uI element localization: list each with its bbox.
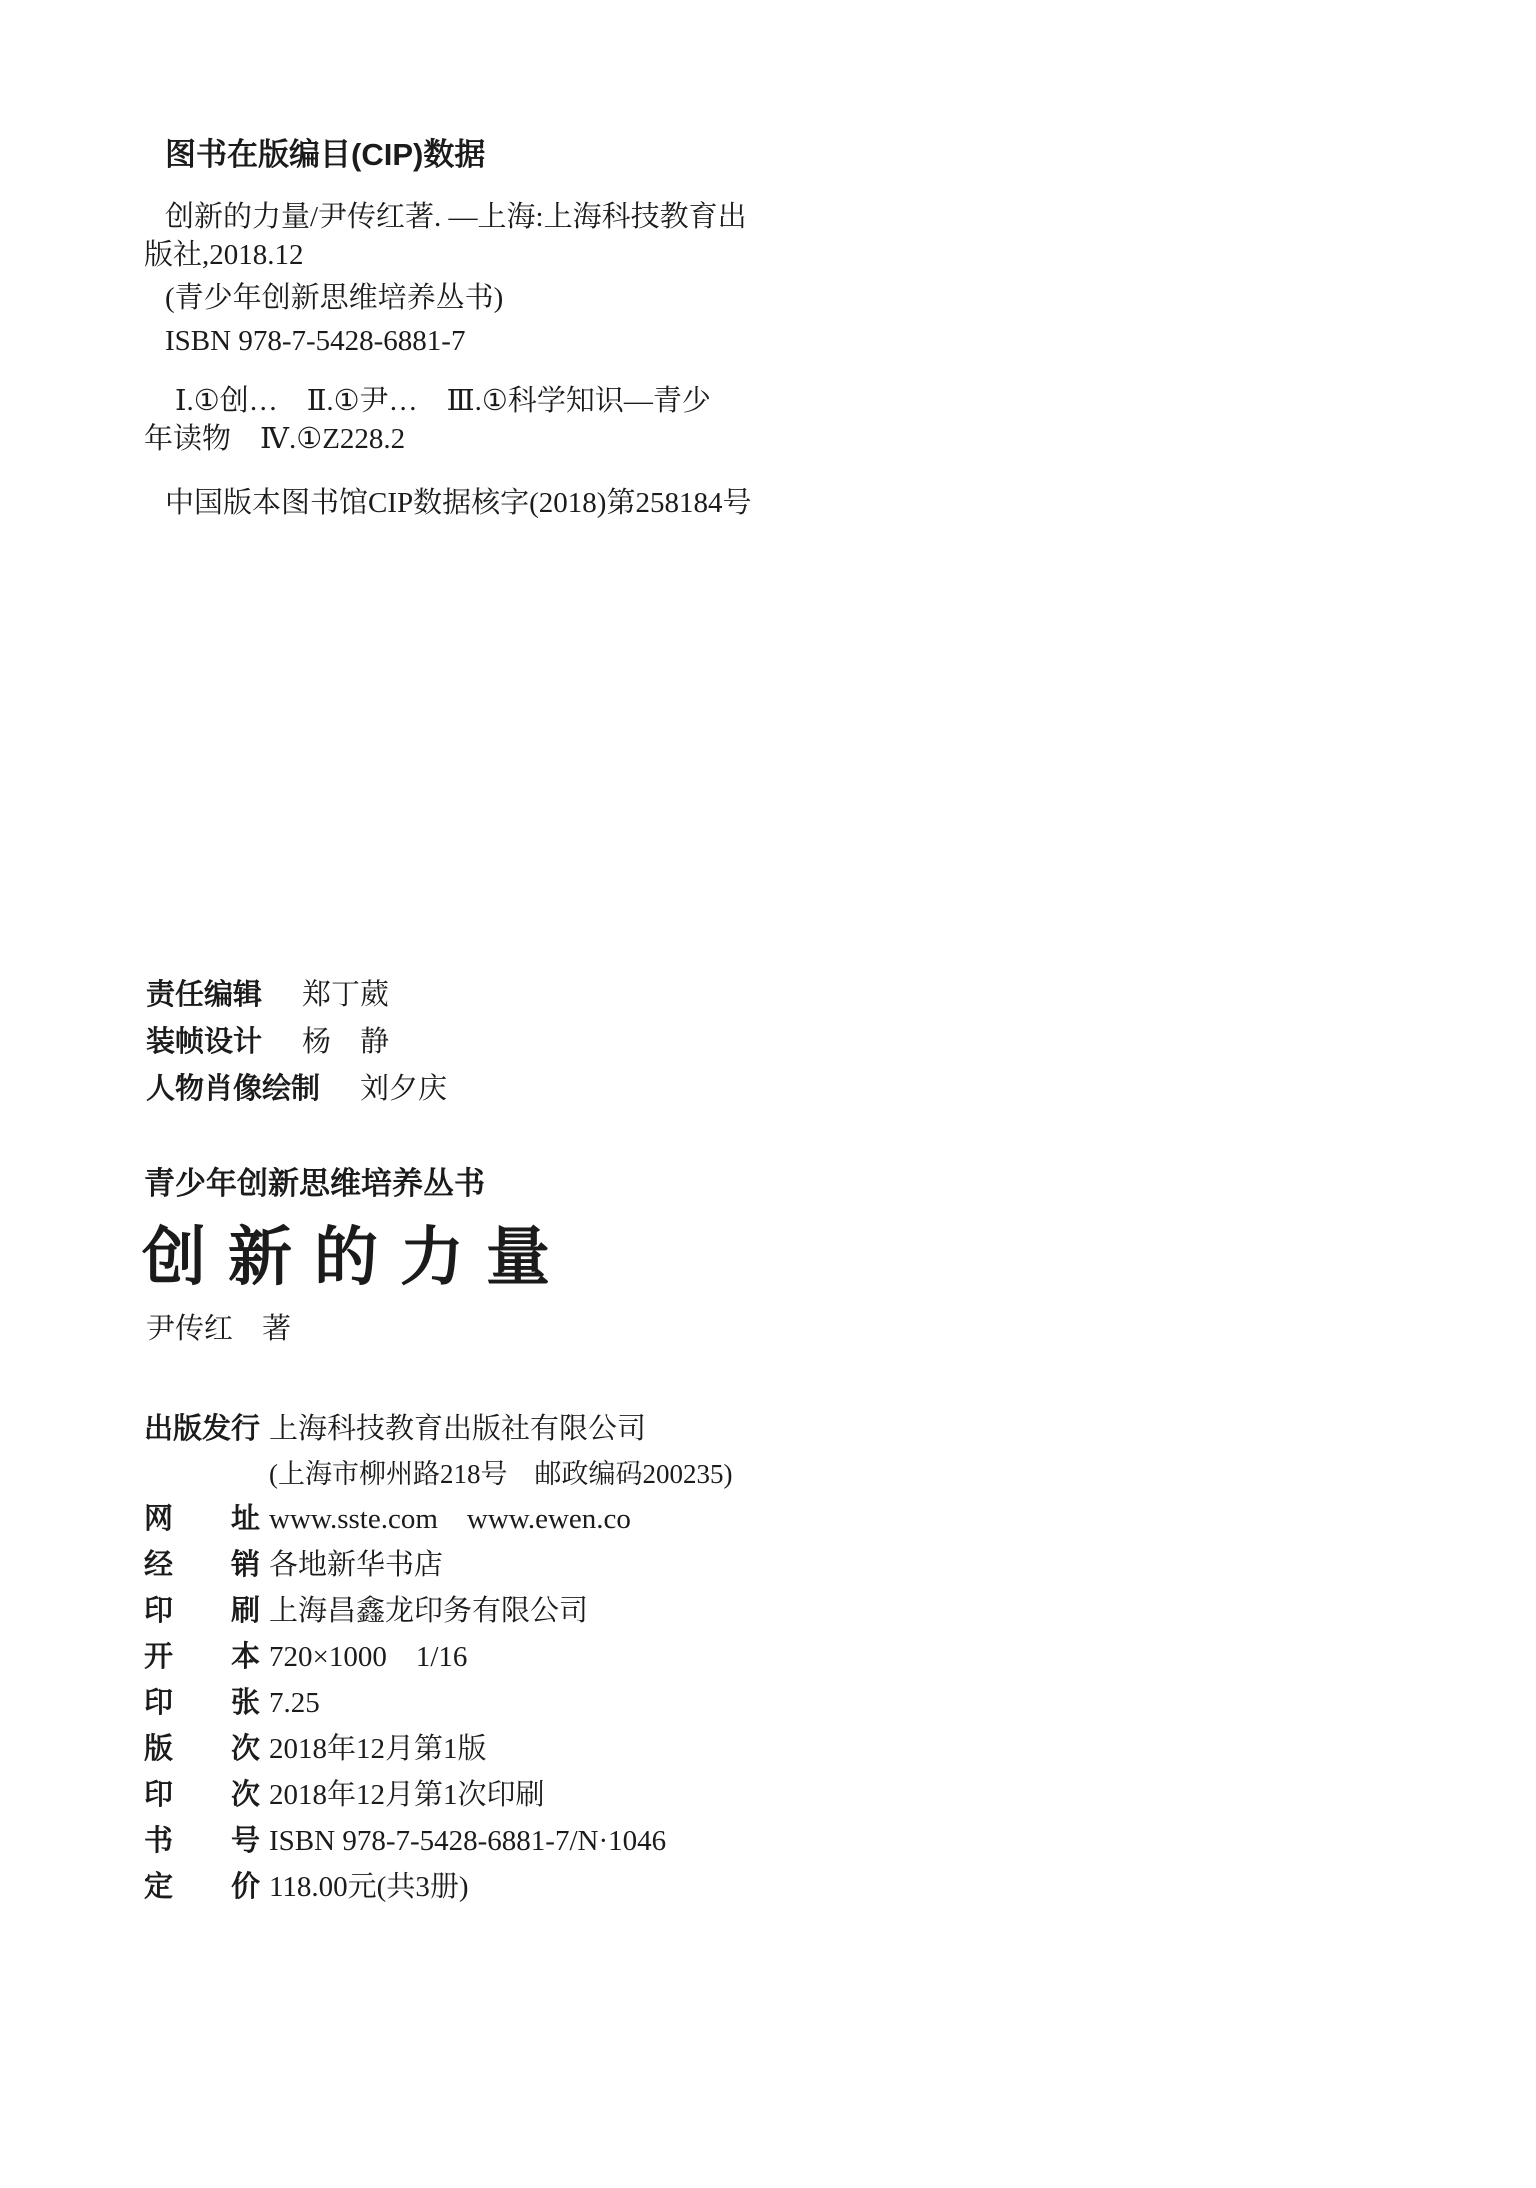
pub-label-edition: 版 次 bbox=[144, 1726, 256, 1767]
cip-entry-line2: 版社,2018.12 bbox=[144, 236, 764, 274]
cip-series-note: (青少年创新思维培养丛书) bbox=[144, 279, 764, 317]
cip-classification-line1: Ⅰ.①创… Ⅱ.①尹… Ⅲ.①科学知识—青少 bbox=[144, 382, 764, 420]
credit-name-editor: 郑丁葳 bbox=[302, 972, 389, 1019]
pub-row-price: 定 价 118.00元(共3册) bbox=[144, 1864, 732, 1910]
pub-value-sheets: 7.25 bbox=[269, 1687, 320, 1720]
series-title: 青少年创新思维培养丛书 bbox=[144, 1158, 485, 1203]
cip-isbn: ISBN 978-7-5428-6881-7 bbox=[144, 322, 764, 360]
credit-label-designer: 装帧设计 bbox=[146, 1019, 262, 1066]
cip-record-number: 中国版本图书馆CIP数据核字(2018)第258184号 bbox=[144, 484, 764, 522]
pub-label-sheets: 印 张 bbox=[144, 1680, 256, 1721]
pub-row-impression: 印 次 2018年12月第1次印刷 bbox=[144, 1772, 732, 1818]
publisher-address: (上海市柳州路218号 邮政编码200235) bbox=[269, 1452, 732, 1496]
credit-label-editor: 责任编辑 bbox=[146, 972, 262, 1019]
pub-label-printer: 印 刷 bbox=[144, 1588, 256, 1629]
credit-label-portrait-artist: 人物肖像绘制 bbox=[146, 1066, 320, 1113]
pub-value-distributor: 各地新华书店 bbox=[269, 1542, 443, 1583]
cip-classification-line2: 年读物 Ⅳ.①Z228.2 bbox=[144, 420, 764, 458]
pub-value-website: www.sste.com www.ewen.co bbox=[269, 1496, 631, 1537]
pub-label-price: 定 价 bbox=[144, 1864, 256, 1905]
pub-row-format: 开 本 720×1000 1/16 bbox=[144, 1634, 732, 1680]
pub-row-edition: 版 次 2018年12月第1版 bbox=[144, 1726, 732, 1772]
pub-value-book-number: ISBN 978-7-5428-6881-7/N·1046 bbox=[269, 1825, 666, 1858]
copyright-page: 图书在版编目(CIP)数据 创新的力量/尹传红著. —上海:上海科技教育出 版社… bbox=[0, 0, 1536, 2188]
pub-label-book-number: 书 号 bbox=[144, 1818, 256, 1859]
pub-value-edition: 2018年12月第1版 bbox=[269, 1726, 487, 1767]
pub-row-sheets: 印 张 7.25 bbox=[144, 1680, 732, 1726]
pub-row-printer: 印 刷 上海昌鑫龙印务有限公司 bbox=[144, 1588, 732, 1634]
credit-name-designer: 杨 静 bbox=[302, 1019, 389, 1066]
book-title: 创新的力量 bbox=[142, 1206, 572, 1298]
pub-row-publisher: 出版发行 上海科技教育出版社有限公司 bbox=[144, 1406, 732, 1452]
pub-row-website: 网 址 www.sste.com www.ewen.co bbox=[144, 1496, 732, 1542]
credit-row-portrait-artist: 人物肖像绘制 刘夕庆 bbox=[146, 1066, 447, 1113]
cip-heading: 图书在版编目(CIP)数据 bbox=[144, 136, 764, 174]
credit-row-designer: 装帧设计 杨 静 bbox=[146, 1019, 447, 1066]
credits-block: 责任编辑 郑丁葳 装帧设计 杨 静 人物肖像绘制 刘夕庆 bbox=[146, 972, 447, 1113]
cip-entry-line1: 创新的力量/尹传红著. —上海:上海科技教育出 bbox=[144, 198, 764, 236]
pub-row-distributor: 经 销 各地新华书店 bbox=[144, 1542, 732, 1588]
pub-row-book-number: 书 号 ISBN 978-7-5428-6881-7/N·1046 bbox=[144, 1818, 732, 1864]
pub-label-publisher: 出版发行 bbox=[144, 1406, 256, 1447]
author-name: 尹传红 著 bbox=[146, 1306, 291, 1347]
pub-label-format: 开 本 bbox=[144, 1634, 256, 1675]
pub-value-publisher: 上海科技教育出版社有限公司 bbox=[269, 1406, 646, 1447]
pub-value-format: 720×1000 1/16 bbox=[269, 1634, 467, 1675]
credit-name-portrait-artist: 刘夕庆 bbox=[360, 1066, 447, 1113]
pub-label-impression: 印 次 bbox=[144, 1772, 256, 1813]
pub-value-price: 118.00元(共3册) bbox=[269, 1864, 469, 1905]
pub-label-distributor: 经 销 bbox=[144, 1542, 256, 1583]
cip-block: 图书在版编目(CIP)数据 创新的力量/尹传红著. —上海:上海科技教育出 版社… bbox=[144, 136, 764, 522]
publication-block: 出版发行 上海科技教育出版社有限公司 (上海市柳州路218号 邮政编码20023… bbox=[144, 1406, 732, 1910]
pub-label-website: 网 址 bbox=[144, 1496, 256, 1537]
credit-row-editor: 责任编辑 郑丁葳 bbox=[146, 972, 447, 1019]
pub-value-printer: 上海昌鑫龙印务有限公司 bbox=[269, 1588, 588, 1629]
pub-value-impression: 2018年12月第1次印刷 bbox=[269, 1772, 545, 1813]
